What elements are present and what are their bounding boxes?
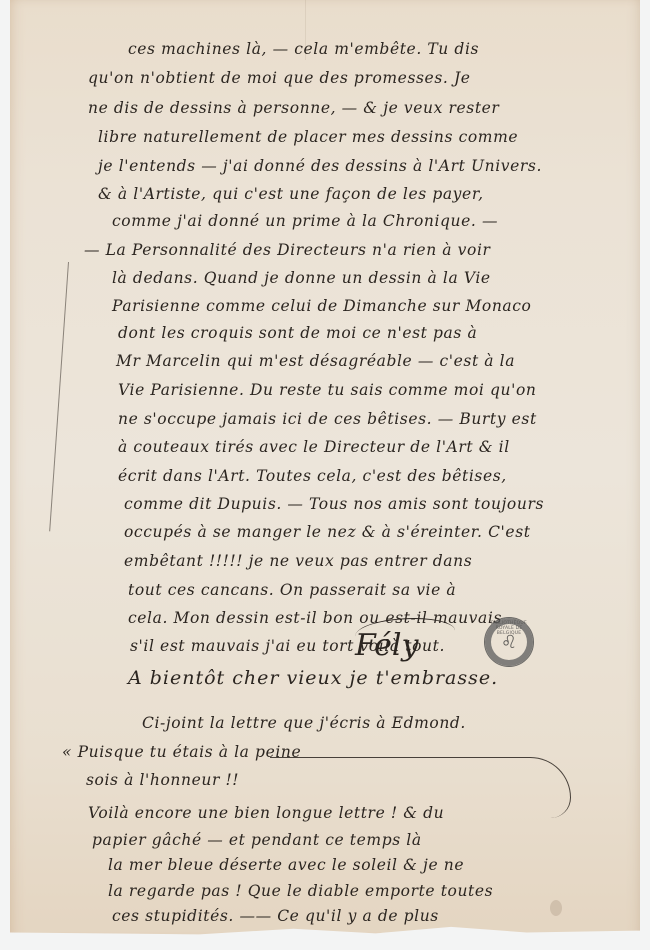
handwritten-line: comme dit Dupuis. — Tous nos amis sont t… bbox=[124, 497, 544, 513]
handwritten-line: ces machines là, — cela m'embête. Tu dis bbox=[128, 42, 479, 58]
handwritten-line: je l'entends — j'ai donné des dessins à … bbox=[98, 159, 542, 175]
handwritten-line: Parisienne comme celui de Dimanche sur M… bbox=[112, 299, 531, 315]
handwritten-line: « Puisque tu étais à la peine bbox=[62, 745, 301, 761]
handwritten-line: ces stupidités. —— Ce qu'il y a de plus bbox=[112, 909, 439, 925]
handwritten-line: & à l'Artiste, qui c'est une façon de le… bbox=[98, 187, 484, 203]
library-stamp: BIBLIOTHÈQUE ROYALE DE BELGIQUE ♌ bbox=[484, 617, 534, 667]
handwritten-line: Vie Parisienne. Du reste tu sais comme m… bbox=[118, 383, 536, 399]
handwritten-line: tout ces cancans. On passerait sa vie à bbox=[128, 583, 456, 599]
handwritten-line: écrit dans l'Art. Toutes cela, c'est des… bbox=[118, 469, 507, 485]
handwritten-line: papier gâché — et pendant ce temps là bbox=[92, 833, 422, 849]
handwritten-line: comme j'ai donné un prime à la Chronique… bbox=[112, 214, 498, 230]
handwritten-line: sois à l'honneur !! bbox=[86, 773, 239, 789]
handwritten-line: ne s'occupe jamais ici de ces bêtises. —… bbox=[118, 412, 537, 428]
postscript-bracket-stroke bbox=[270, 757, 571, 818]
paper-stain bbox=[550, 900, 562, 916]
handwritten-line: la mer bleue déserte avec le soleil & je… bbox=[108, 858, 464, 874]
handwritten-line: Ci-joint la lettre que j'écris à Edmond. bbox=[142, 716, 466, 732]
handwritten-line: dont les croquis sont de moi ce n'est pa… bbox=[118, 326, 477, 342]
letter-closing: A bientôt cher vieux je t'embrasse. bbox=[128, 669, 498, 688]
handwritten-line: Mr Marcelin qui m'est désagréable — c'es… bbox=[116, 354, 515, 370]
handwritten-line: embêtant !!!!! je ne veux pas entrer dan… bbox=[124, 554, 472, 570]
letter-page: ces machines là, — cela m'embête. Tu dis… bbox=[10, 0, 640, 940]
handwritten-line: ne dis de dessins à personne, — & je veu… bbox=[88, 101, 499, 117]
handwritten-line: libre naturellement de placer mes dessin… bbox=[98, 130, 518, 146]
handwritten-line: occupés à se manger le nez & à s'éreinte… bbox=[124, 525, 531, 541]
handwritten-line: qu'on n'obtient de moi que des promesses… bbox=[88, 71, 471, 87]
handwritten-line: à couteaux tirés avec le Directeur de l'… bbox=[118, 440, 510, 456]
handwritten-line: — La Personnalité des Directeurs n'a rie… bbox=[84, 243, 491, 259]
margin-pencil-line bbox=[49, 262, 69, 531]
stamp-text: BIBLIOTHÈQUE ROYALE DE BELGIQUE bbox=[485, 621, 533, 636]
handwritten-line: la regarde pas ! Que le diable emporte t… bbox=[108, 884, 493, 900]
handwritten-line: là dedans. Quand je donne un dessin à la… bbox=[112, 271, 491, 287]
signature: Fély bbox=[355, 628, 418, 663]
